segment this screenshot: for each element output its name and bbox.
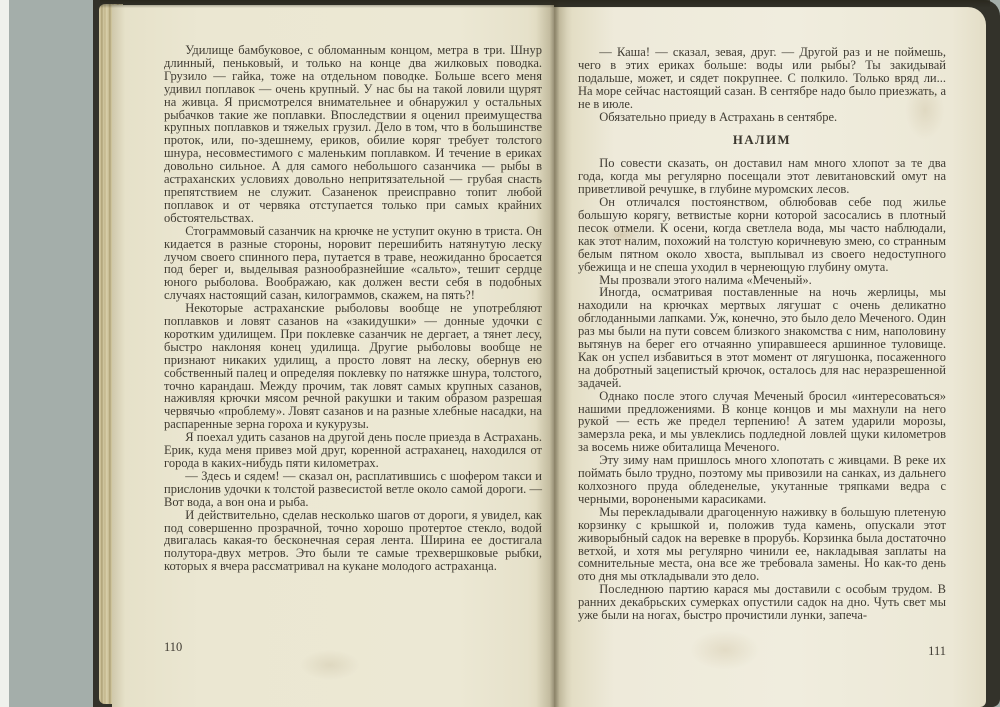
paragraph: Мы перекладывали драгоценную наживку в б… [578,506,946,583]
page-number-right: 111 [578,644,946,659]
chapter-heading-nalim: НАЛИМ [578,134,946,147]
right-page-text-column: — Каша! — сказал, зевая, друг. — Другой … [578,46,946,622]
paragraph: Стограммовый сазанчик на крючке не уступ… [164,225,542,302]
left-page-text-column: Удилище бамбуковое, с обломанным концом,… [164,44,542,573]
page-number-left: 110 [164,640,182,655]
paragraph: — Здесь и сядем! — сказал он, расплативш… [164,470,542,509]
paragraph: Некоторые астраханские рыболовы вообще н… [164,302,542,431]
paragraph: По совести сказать, он доставил нам мног… [578,157,946,196]
paragraph: Он отличался постоянством, облюбовав себ… [578,196,946,273]
paragraph: Я поехал удить сазанов на другой день по… [164,431,542,470]
paragraph: Эту зиму нам пришлось много хлопотать с … [578,454,946,506]
paragraph: Однако после этого случая Меченый бросил… [578,390,946,455]
paragraph: Обязательно приеду в Астрахань в сентябр… [578,111,946,124]
paragraph: Последнюю партию карася мы доставили с о… [578,583,946,622]
scanner-edge-strip [0,0,9,707]
book-scan-scene: Удилище бамбуковое, с обломанным концом,… [0,0,1000,707]
paragraph: И действительно, сделав несколько шагов … [164,509,542,574]
paragraph: — Каша! — сказал, зевая, друг. — Другой … [578,46,946,111]
paragraph: Иногда, осматривая поставленные на ночь … [578,286,946,389]
paragraph: Удилище бамбуковое, с обломанным концом,… [164,44,542,225]
